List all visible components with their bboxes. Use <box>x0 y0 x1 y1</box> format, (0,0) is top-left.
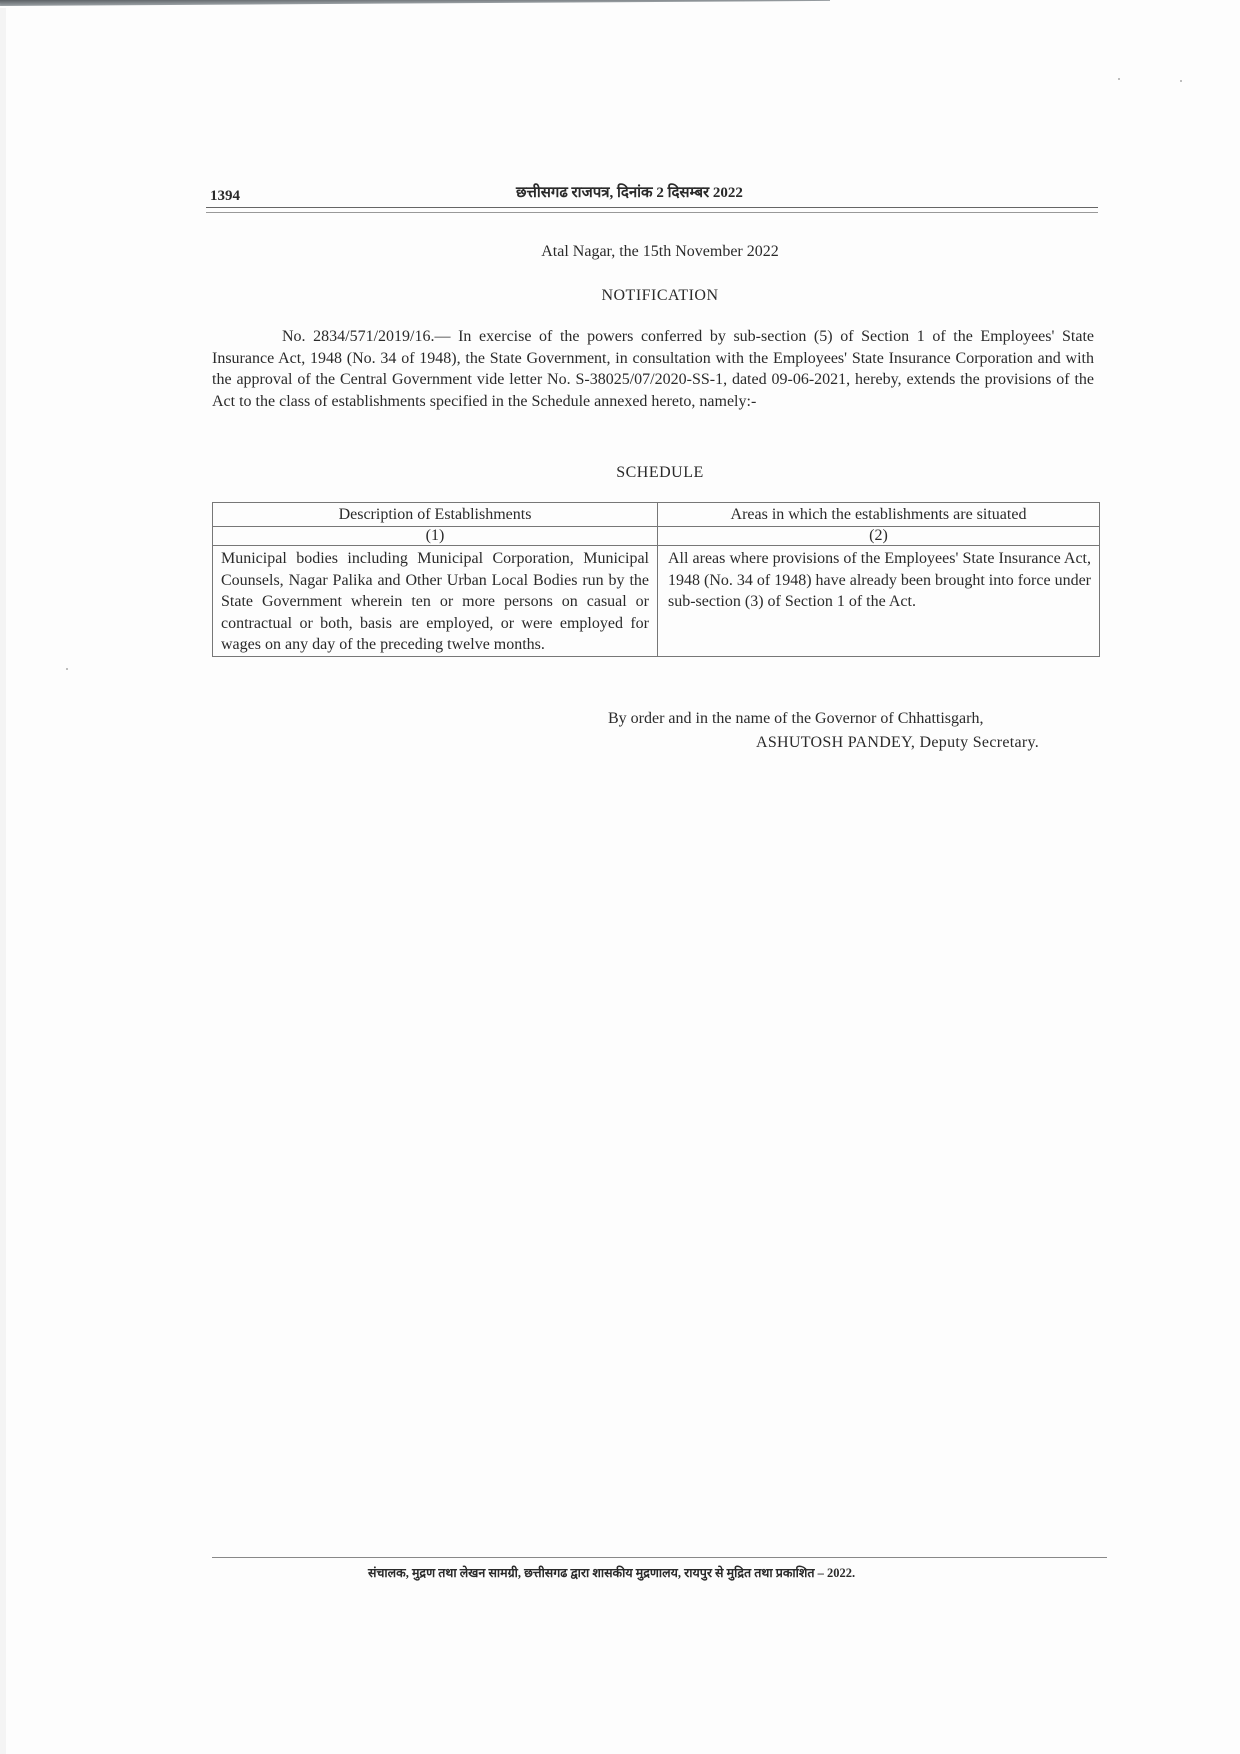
column-number-2: (2) <box>658 527 1100 546</box>
scan-margin <box>0 8 6 1754</box>
establishment-areas: All areas where provisions of the Employ… <box>658 546 1100 657</box>
footer-imprint: संचालक, मुद्रण तथा लेखन सामग्री, छत्तीसग… <box>368 1564 855 1581</box>
notification-body: No. 2834/571/2019/16.— In exercise of th… <box>212 326 1094 412</box>
table-header-row: Description of Establishments Areas in w… <box>213 503 1100 527</box>
scan-speck <box>1118 78 1120 80</box>
table-row: Municipal bodies including Municipal Cor… <box>213 546 1100 657</box>
scan-speck <box>1180 80 1182 82</box>
column-header-description: Description of Establishments <box>213 503 658 527</box>
table-number-row: (1) (2) <box>213 527 1100 546</box>
scan-shadow-edge <box>0 0 830 6</box>
order-line: By order and in the name of the Governor… <box>608 710 983 728</box>
column-header-areas: Areas in which the establishments are si… <box>658 503 1100 527</box>
header-rule-secondary <box>206 212 1098 213</box>
scan-speck <box>66 668 68 670</box>
gazette-title: छत्तीसगढ राजपत्र, दिनांक 2 दिसम्बर 2022 <box>516 182 743 202</box>
notification-heading: NOTIFICATION <box>0 287 1240 305</box>
column-number-1: (1) <box>213 527 658 546</box>
signatory: ASHUTOSH PANDEY, Deputy Secretary. <box>756 734 1039 752</box>
page-number: 1394 <box>210 188 240 205</box>
dateline: Atal Nagar, the 15th November 2022 <box>0 243 1240 261</box>
header-rule <box>206 207 1098 208</box>
establishment-description: Municipal bodies including Municipal Cor… <box>213 546 658 657</box>
schedule-heading: SCHEDULE <box>0 464 1240 482</box>
footer-rule <box>212 1557 1107 1558</box>
schedule-table: Description of Establishments Areas in w… <box>212 502 1100 657</box>
